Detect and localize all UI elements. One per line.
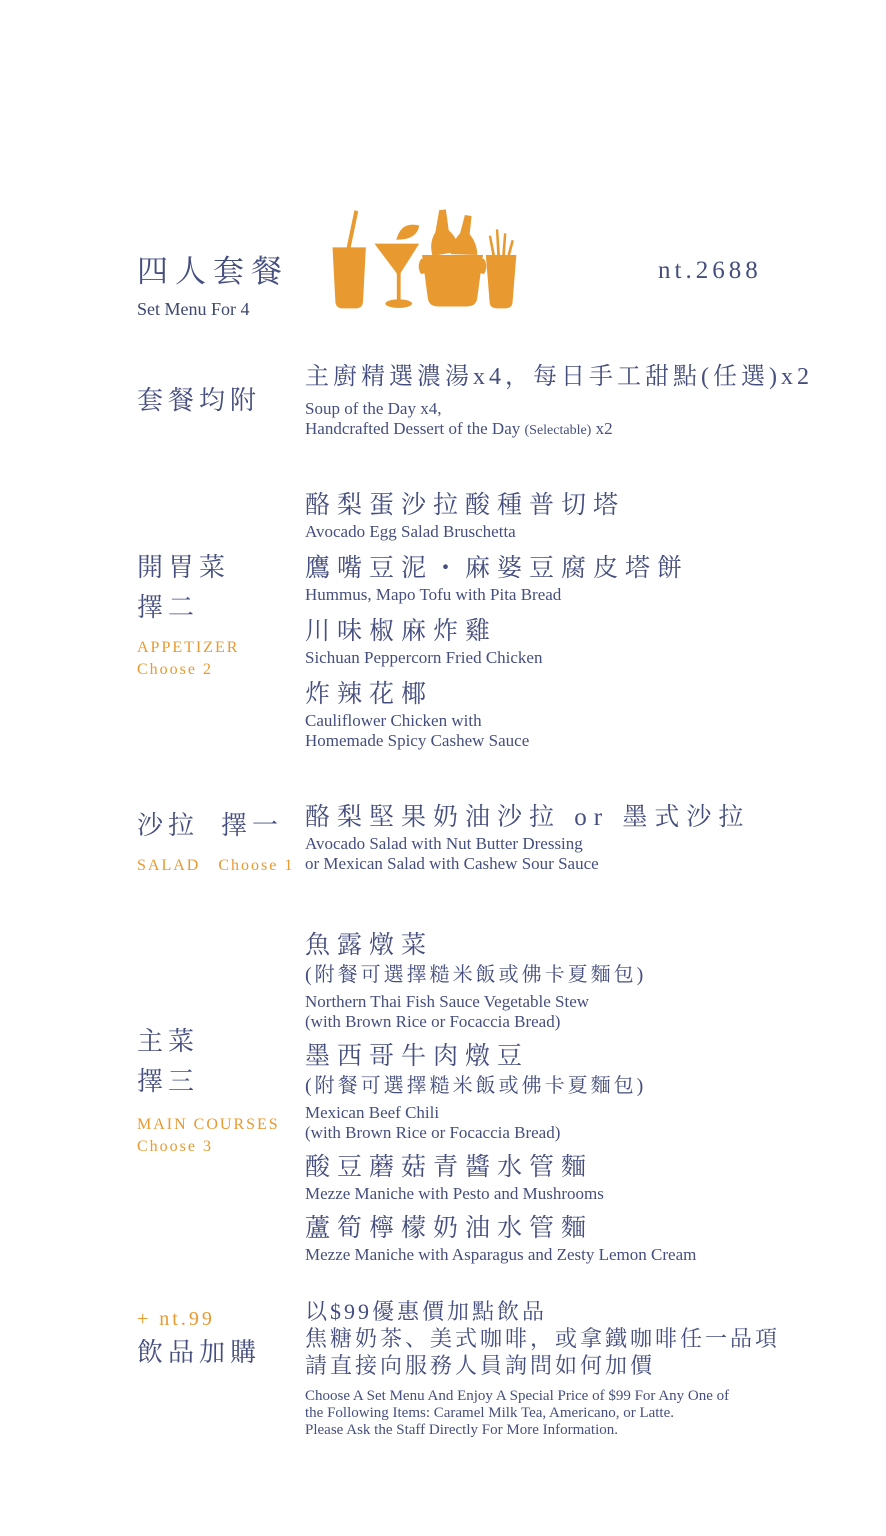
drinks-en-line: the Following Items: Caramel Milk Tea, A… <box>305 1405 780 1422</box>
page-title: 四人套餐 <box>137 246 289 291</box>
dish-name-en: Mezze Maniche with Asparagus and Zesty L… <box>305 1245 696 1265</box>
page-subtitle: Set Menu For 4 <box>137 299 250 320</box>
highball-glass-icon <box>333 210 366 308</box>
dish-name-en: (with Brown Rice or Focaccia Bread) <box>305 1123 696 1143</box>
section-label-included: 套餐均附 <box>137 381 261 421</box>
drinks-addon-price: + nt.99 <box>137 1308 261 1331</box>
drinks-cn-line: 以$99優惠價加點飲品 <box>305 1298 780 1325</box>
mains-items: 魚露燉菜 (附餐可選擇糙米飯或佛卡夏麵包) Northern Thai Fish… <box>305 930 696 1276</box>
drinks-label: + nt.99 飲品加購 <box>137 1308 261 1373</box>
dish-name-en: Hummus, Mapo Tofu with Pita Bread <box>305 585 689 605</box>
dish-item: 墨西哥牛肉燉豆 (附餐可選擇糙米飯或佛卡夏麵包) Mexican Beef Ch… <box>305 1041 696 1143</box>
salad-label: 沙拉擇一 SALADChoose 1 <box>137 806 294 877</box>
dish-name-en: Mexican Beef Chili <box>305 1103 696 1123</box>
dish-option-cn: (附餐可選擇糙米飯或佛卡夏麵包) <box>305 962 696 989</box>
appetizer-label-cn-2: 擇二 <box>137 588 239 628</box>
salad-label-en: SALADChoose 1 <box>137 855 294 877</box>
dish-option-cn: (附餐可選擇糙米飯或佛卡夏麵包) <box>305 1073 696 1100</box>
dish-name-cn: 酸豆蘑菇青醬水管麵 <box>305 1152 696 1184</box>
drinks-cn-line: 焦糖奶茶、美式咖啡，或拿鐵咖啡任一品項 <box>305 1325 780 1352</box>
dish-item: 酸豆蘑菇青醬水管麵 Mezze Maniche with Pesto and M… <box>305 1152 696 1204</box>
straw-cup-icon <box>486 229 516 308</box>
dish-item: 魚露燉菜 (附餐可選擇糙米飯或佛卡夏麵包) Northern Thai Fish… <box>305 930 696 1032</box>
included-dish-en-2-note: (Selectable) <box>525 423 592 438</box>
drinks-en-line: Please Ask the Staff Directly For More I… <box>305 1422 780 1439</box>
included-dish-cn: 主廚精選濃湯x4，每日手工甜點(任選)x2 <box>305 361 813 393</box>
dish-name-en: Northern Thai Fish Sauce Vegetable Stew <box>305 992 696 1012</box>
salad-label-cn: 沙拉擇一 <box>137 806 294 846</box>
drinks-en-line: Choose A Set Menu And Enjoy A Special Pr… <box>305 1388 780 1405</box>
included-dish-en-2: Handcrafted Dessert of the Day (Selectab… <box>305 419 813 441</box>
dish-name-en: Sichuan Peppercorn Fried Chicken <box>305 648 689 668</box>
mains-label-choose: Choose 3 <box>137 1136 280 1158</box>
dish-name-en: (with Brown Rice or Focaccia Bread) <box>305 1012 696 1032</box>
dish-name-cn: 墨西哥牛肉燉豆 <box>305 1041 696 1073</box>
dish-item: 蘆筍檸檬奶油水管麵 Mezze Maniche with Asparagus a… <box>305 1213 696 1265</box>
cocktail-glass-icon <box>374 225 419 308</box>
mains-label-en: MAIN COURSES <box>137 1114 280 1136</box>
included-content: 主廚精選濃湯x4，每日手工甜點(任選)x2 Soup of the Day x4… <box>305 361 813 441</box>
mains-label-cn-1: 主菜 <box>137 1022 280 1062</box>
dish-name-cn: 酪梨堅果奶油沙拉 or 墨式沙拉 <box>305 802 750 834</box>
dish-name-en: Cauliflower Chicken with <box>305 711 689 731</box>
dish-name-en: or Mexican Salad with Cashew Sour Sauce <box>305 854 750 874</box>
included-dish-en-2-main: Handcrafted Dessert of the Day <box>305 419 520 438</box>
dish-name-cn: 川味椒麻炸雞 <box>305 616 689 648</box>
appetizer-label-cn-1: 開胃菜 <box>137 548 239 588</box>
dish-name-cn: 鷹嘴豆泥・麻婆豆腐皮塔餅 <box>305 553 689 585</box>
drinks-cn-line: 請直接向服務人員詢問如何加價 <box>305 1352 780 1379</box>
drinks-label-cn: 飲品加購 <box>137 1333 261 1373</box>
appetizer-label-choose: Choose 2 <box>137 659 239 681</box>
dish-name-en: Mezze Maniche with Pesto and Mushrooms <box>305 1184 696 1204</box>
salad-items: 酪梨堅果奶油沙拉 or 墨式沙拉 Avocado Salad with Nut … <box>305 802 750 885</box>
appetizer-label: 開胃菜 擇二 APPETIZER Choose 2 <box>137 548 239 681</box>
dish-name-cn: 魚露燉菜 <box>305 930 696 962</box>
dish-item: 酪梨堅果奶油沙拉 or 墨式沙拉 Avocado Salad with Nut … <box>305 802 750 874</box>
wine-bucket-icon <box>419 209 487 306</box>
included-dish-en-1: Soup of the Day x4, <box>305 399 813 419</box>
dish-item: 炸辣花椰 Cauliflower Chicken with Homemade S… <box>305 679 689 751</box>
mains-label-cn-2: 擇三 <box>137 1062 280 1102</box>
dish-name-en: Homemade Spicy Cashew Sauce <box>305 731 689 751</box>
dish-name-cn: 蘆筍檸檬奶油水管麵 <box>305 1213 696 1245</box>
dish-item: 川味椒麻炸雞 Sichuan Peppercorn Fried Chicken <box>305 616 689 668</box>
set-menu-page: 四人套餐 Set Menu For 4 nt.2688 <box>0 0 886 1536</box>
mains-label: 主菜 擇三 MAIN COURSES Choose 3 <box>137 1022 280 1158</box>
dish-name-cn: 酪梨蛋沙拉酸種普切塔 <box>305 490 689 522</box>
drinks-illustration <box>323 196 523 316</box>
drinks-content: 以$99優惠價加點飲品 焦糖奶茶、美式咖啡，或拿鐵咖啡任一品項 請直接向服務人員… <box>305 1298 780 1439</box>
dish-name-en: Avocado Salad with Nut Butter Dressing <box>305 834 750 854</box>
appetizer-items: 酪梨蛋沙拉酸種普切塔 Avocado Egg Salad Bruschetta … <box>305 490 689 762</box>
appetizer-label-en: APPETIZER <box>137 637 239 659</box>
dish-item: 酪梨蛋沙拉酸種普切塔 Avocado Egg Salad Bruschetta <box>305 490 689 542</box>
dish-item: 鷹嘴豆泥・麻婆豆腐皮塔餅 Hummus, Mapo Tofu with Pita… <box>305 553 689 605</box>
included-dish-en-2-qty: x2 <box>596 419 613 438</box>
dish-name-en: Avocado Egg Salad Bruschetta <box>305 522 689 542</box>
dish-name-cn: 炸辣花椰 <box>305 679 689 711</box>
menu-price: nt.2688 <box>658 257 762 285</box>
